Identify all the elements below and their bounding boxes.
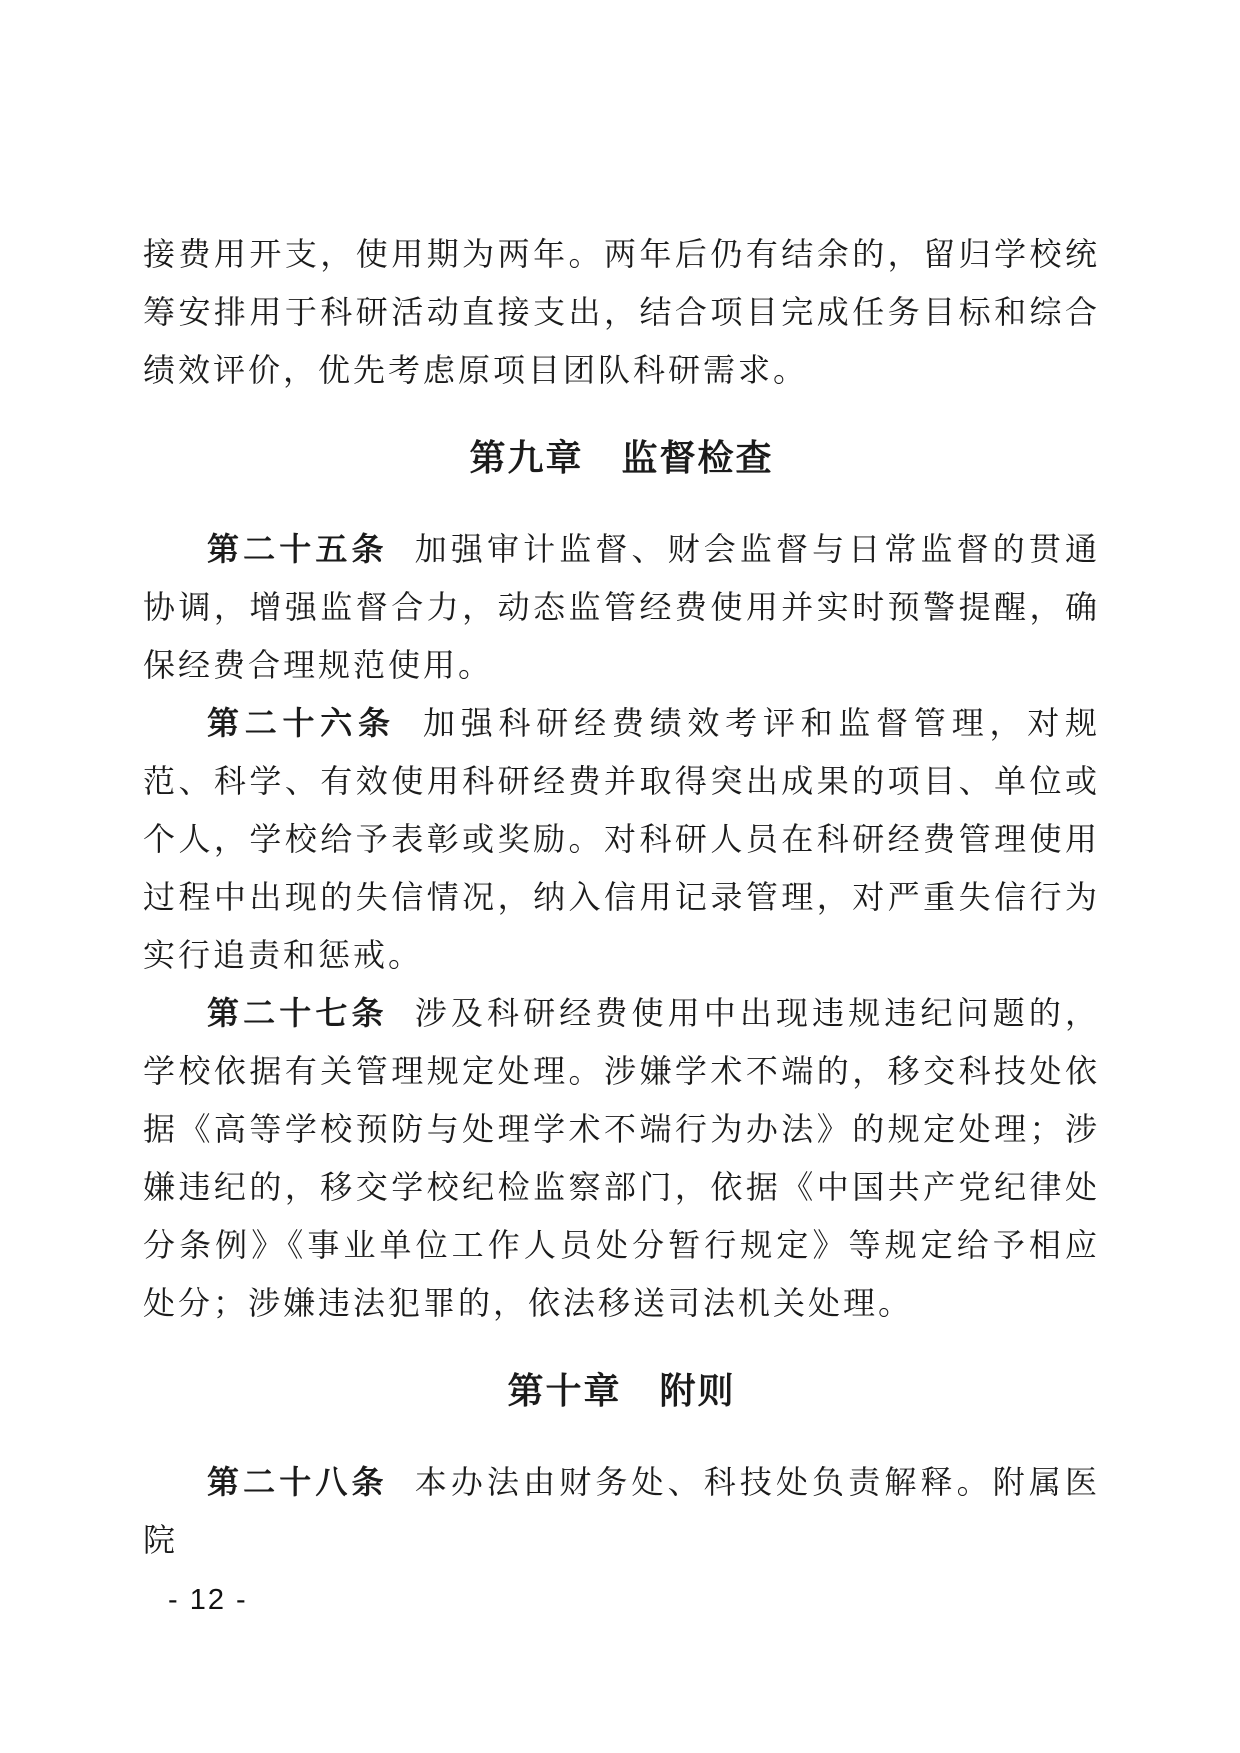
article-27-paragraph: 第二十七条涉及科研经费使用中出现违规违纪问题的，学校依据有关管理规定处理。涉嫌学… [143,984,1100,1332]
document-content: 接费用开支，使用期为两年。两年后仍有结余的，留归学校统筹安排用于科研活动直接支出… [0,0,1240,1569]
article-26-number: 第二十六条 [207,705,396,741]
article-28-number: 第二十八条 [207,1464,388,1500]
article-27-text: 涉及科研经费使用中出现违规违纪问题的，学校依据有关管理规定处理。涉嫌学术不端的，… [143,995,1100,1321]
document-page: 接费用开支，使用期为两年。两年后仍有结余的，留归学校统筹安排用于科研活动直接支出… [0,0,1240,1753]
page-number: - 12 - [168,1584,248,1617]
article-27-number: 第二十七条 [207,995,388,1031]
article-25-paragraph: 第二十五条加强审计监督、财会监督与日常监督的贯通协调，增强监督合力，动态监管经费… [143,520,1100,694]
chapter-10-heading: 第十章 附则 [143,1362,1100,1420]
chapter-9-heading: 第九章 监督检查 [143,429,1100,487]
article-25-number: 第二十五条 [207,531,388,567]
continuation-paragraph: 接费用开支，使用期为两年。两年后仍有结余的，留归学校统筹安排用于科研活动直接支出… [143,225,1100,399]
article-26-paragraph: 第二十六条加强科研经费绩效考评和监督管理，对规范、科学、有效使用科研经费并取得突… [143,694,1100,984]
article-28-paragraph: 第二十八条本办法由财务处、科技处负责解释。附属医院 [143,1453,1100,1569]
article-26-text: 加强科研经费绩效考评和监督管理，对规范、科学、有效使用科研经费并取得突出成果的项… [143,705,1100,973]
